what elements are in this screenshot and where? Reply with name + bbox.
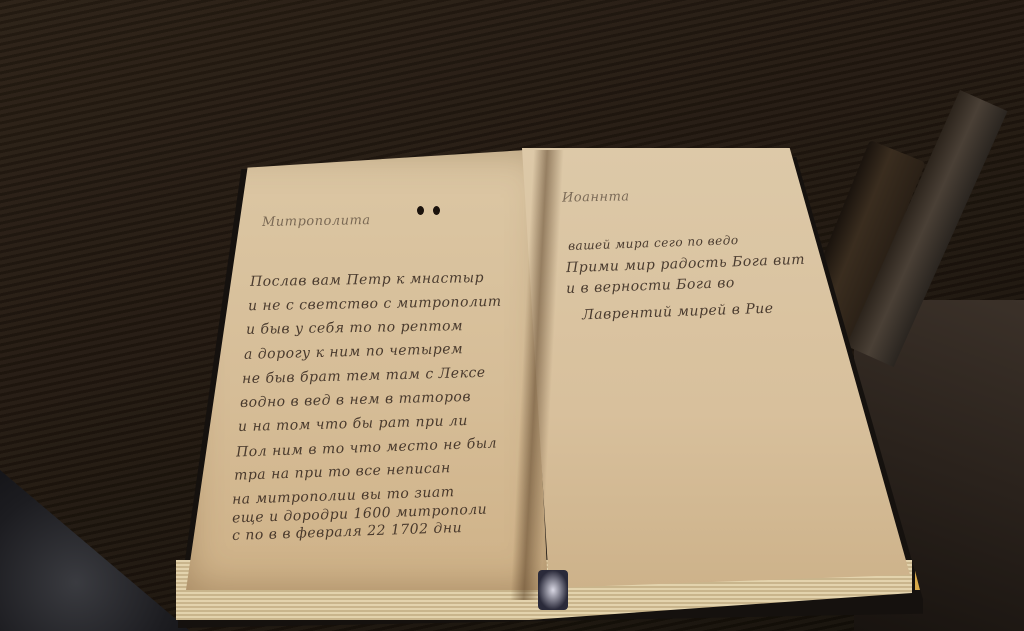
right-page-heading: Иоаннта [562,189,630,205]
photo-scene: Митрополита Послав вам Петр к мнастыр и … [0,0,1024,631]
spine-clasp [538,570,568,610]
ink-blots [417,200,449,219]
left-page-heading: Митрополита [262,213,371,230]
